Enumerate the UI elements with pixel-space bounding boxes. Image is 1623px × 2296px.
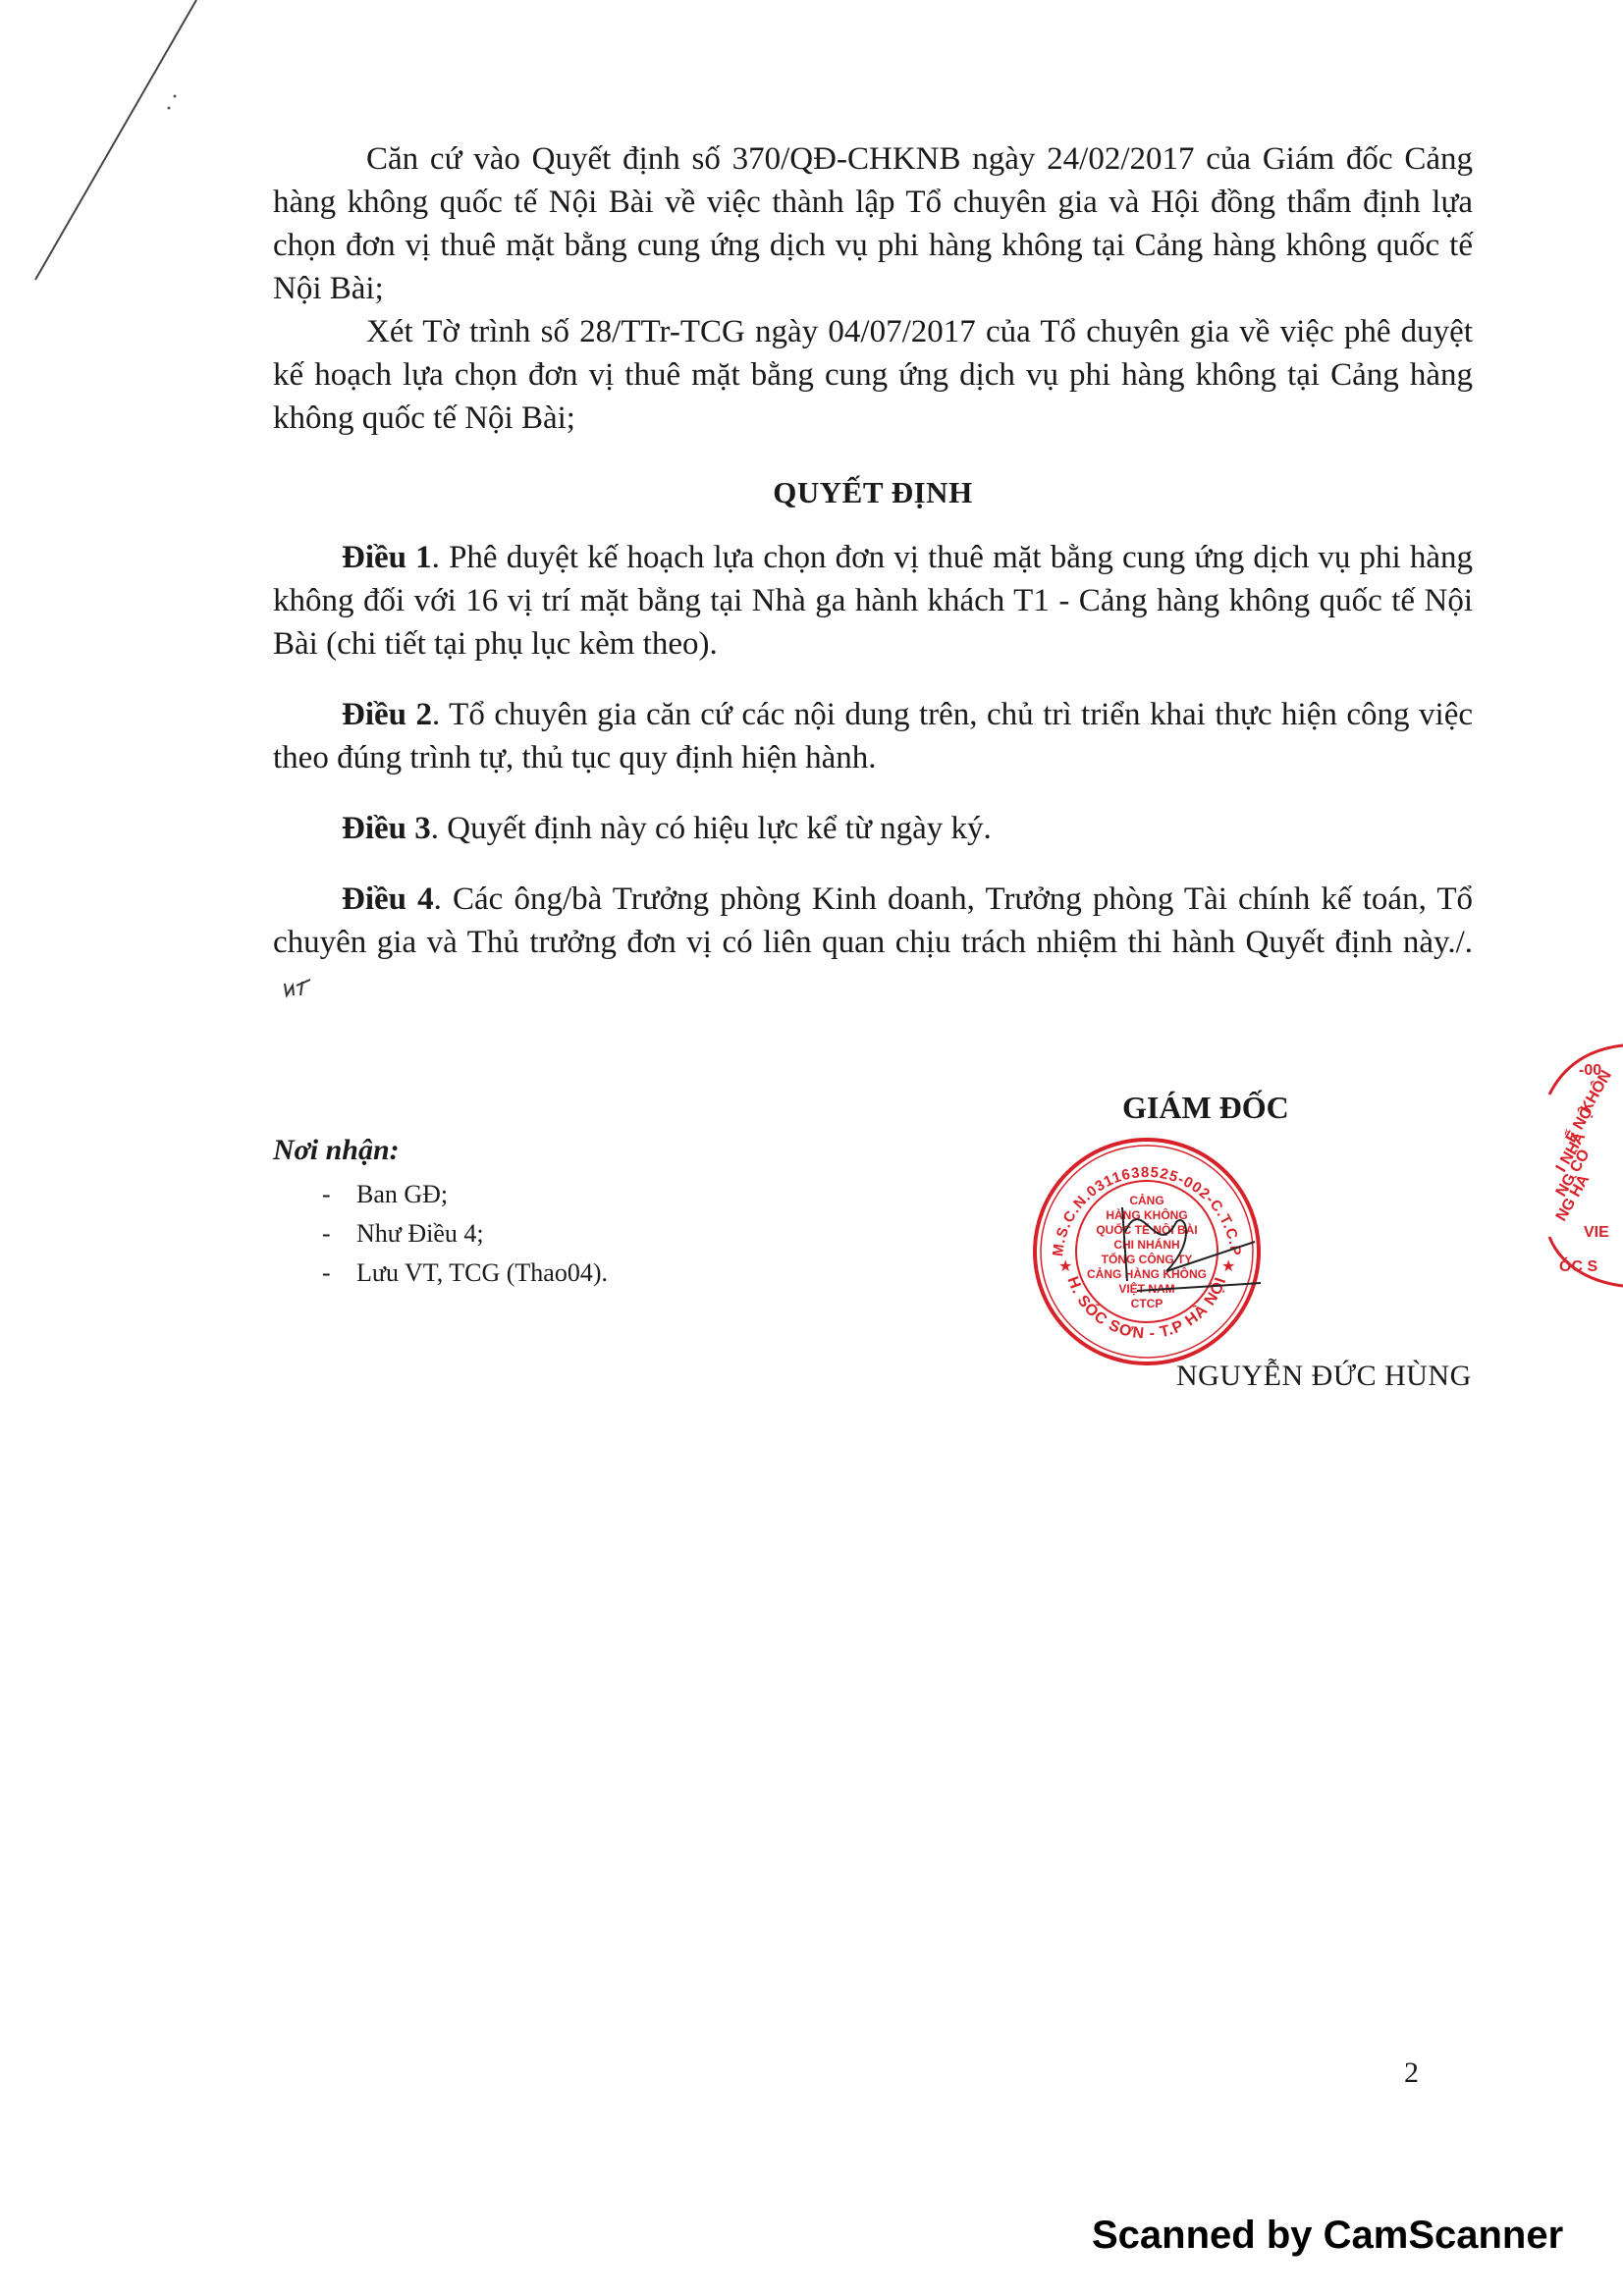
signer-name: NGUYỄN ĐỨC HÙNG	[1176, 1360, 1472, 1393]
document-body: Căn cứ vào Quyết định số 370/QĐ-CHKNB ng…	[273, 137, 1473, 1035]
recipients-title: Nơi nhận:	[273, 1134, 608, 1167]
svg-text:★: ★	[1058, 1258, 1072, 1275]
article-text: . Phê duyệt kế hoạch lựa chọn đơn vị thu…	[273, 540, 1473, 662]
article-text: . Tổ chuyên gia căn cứ các nội dung trên…	[273, 697, 1473, 775]
decision-heading: QUYẾT ĐỊNH	[273, 475, 1473, 510]
scan-fold-line	[0, 0, 216, 294]
signature-block: Nơi nhận: -Ban GĐ; -Như Điều 4; -Lưu VT,…	[273, 1080, 1490, 1414]
page-number: 2	[1404, 2056, 1419, 2090]
article-2: Điều 2. Tổ chuyên gia căn cứ các nội dun…	[273, 693, 1473, 779]
article-label: Điều 4	[342, 881, 434, 917]
svg-text:★: ★	[1221, 1258, 1235, 1275]
partial-stamp-edge-icon: -00 KHÔN Ế NỘ I NHÁ NG CÔ NG HÀ VIE ÓC S	[1540, 1036, 1623, 1291]
svg-text:CTCP: CTCP	[1131, 1297, 1163, 1310]
article-label: Điều 1	[342, 540, 432, 575]
recipients-list: Nơi nhận: -Ban GĐ; -Như Điều 4; -Lưu VT,…	[273, 1134, 608, 1293]
official-stamp-icon: M.S.C.N.0311638525-002-C.T.C.P H. SÓC SƠ…	[1029, 1134, 1265, 1369]
article-label: Điều 3	[342, 811, 431, 846]
svg-text:VIE: VIE	[1584, 1224, 1609, 1241]
preamble-paragraph-1: Căn cứ vào Quyết định số 370/QĐ-CHKNB ng…	[273, 137, 1473, 310]
article-4: Điều 4. Các ông/bà Trưởng phòng Kinh doa…	[273, 878, 1473, 1007]
initials-mark-icon	[281, 978, 320, 999]
scanner-watermark: Scanned by CamScanner	[1092, 2214, 1563, 2258]
svg-text:CẢNG HÀNG KHÔNG: CẢNG HÀNG KHÔNG	[1087, 1266, 1207, 1281]
article-label: Điều 2	[342, 697, 432, 732]
signer-block: GIÁM ĐỐC M.S.C.N.0311638525-002-C.T.C.P …	[1009, 1080, 1481, 1414]
article-1: Điều 1. Phê duyệt kế hoạch lựa chọn đơn …	[273, 536, 1473, 666]
svg-text:CẢNG: CẢNG	[1129, 1193, 1163, 1207]
recipient-item: -Lưu VT, TCG (Thao04).	[322, 1254, 608, 1293]
article-3: Điều 3. Quyết định này có hiệu lực kể từ…	[273, 807, 1473, 850]
signer-title: GIÁM ĐỐC	[1122, 1090, 1289, 1126]
article-text: . Các ông/bà Trưởng phòng Kinh doanh, Tr…	[273, 881, 1473, 960]
svg-text:ÓC S: ÓC S	[1559, 1256, 1597, 1275]
article-text: . Quyết định này có hiệu lực kể từ ngày …	[431, 811, 992, 846]
preamble-paragraph-2: Xét Tờ trình số 28/TTr-TCG ngày 04/07/20…	[273, 310, 1473, 440]
recipient-item: -Ban GĐ;	[322, 1175, 608, 1214]
svg-text:HÀNG KHÔNG: HÀNG KHÔNG	[1106, 1207, 1187, 1222]
recipient-item: -Như Điều 4;	[322, 1214, 608, 1254]
